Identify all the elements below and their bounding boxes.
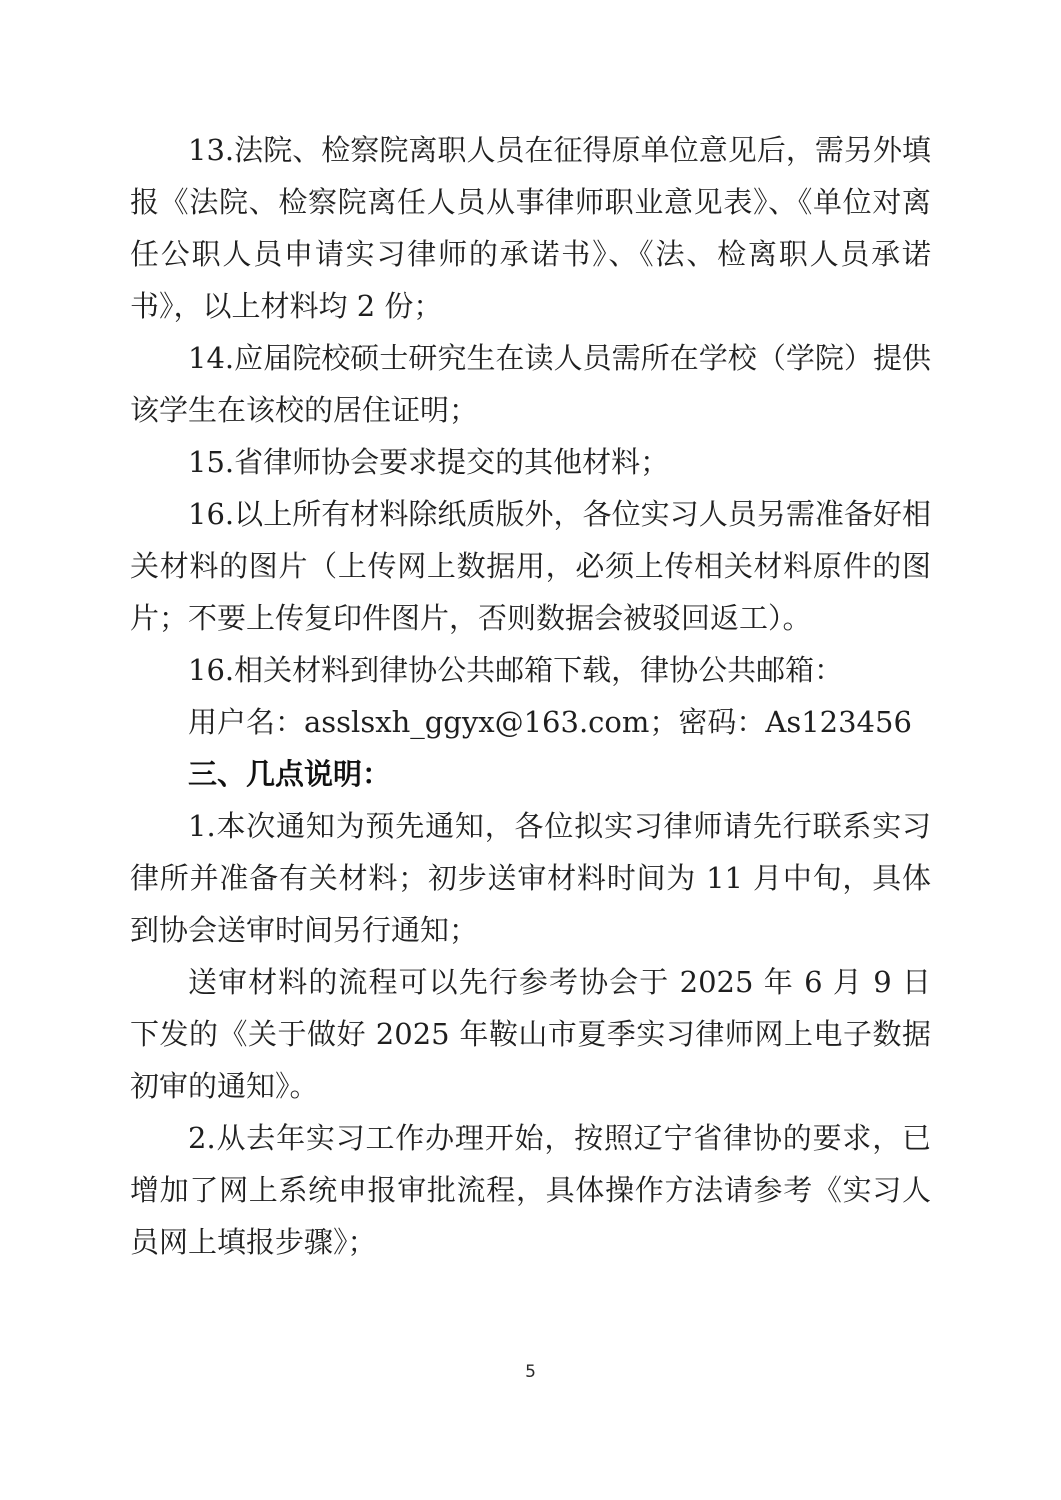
paragraph-item-16-images: 16.以上所有材料除纸质版外，各位实习人员另需准备好相关材料的图片（上传网上数据… xyxy=(130,488,931,644)
paragraph-note-2: 2.从去年实习工作办理开始，按照辽宁省律协的要求，已增加了网上系统申报审批流程，… xyxy=(130,1112,931,1268)
paragraph-mailbox-credentials: 用户名：asslsxh_ggyx@163.com；密码：As123456 xyxy=(130,696,931,748)
paragraph-item-13: 13.法院、检察院离职人员在征得原单位意见后，需另外填报《法院、检察院离任人员从… xyxy=(130,124,931,332)
section-heading-notes: 三、几点说明： xyxy=(130,748,931,800)
paragraph-item-15: 15.省律师协会要求提交的其他材料； xyxy=(130,436,931,488)
paragraph-item-16-mailbox: 16.相关材料到律协公共邮箱下载，律协公共邮箱： xyxy=(130,644,931,696)
page-number: 5 xyxy=(525,1362,536,1382)
paragraph-item-14: 14.应届院校硕士研究生在读人员需所在学校（学院）提供该学生在该校的居住证明； xyxy=(130,332,931,436)
paragraph-note-review-flow: 送审材料的流程可以先行参考协会于 2025 年 6 月 9 日下发的《关于做好 … xyxy=(130,956,931,1112)
document-body: 13.法院、检察院离职人员在征得原单位意见后，需另外填报《法院、检察院离任人员从… xyxy=(130,124,931,1268)
document-page: 13.法院、检察院离职人员在征得原单位意见后，需另外填报《法院、检察院离任人员从… xyxy=(0,0,1061,1500)
paragraph-note-1: 1.本次通知为预先通知，各位拟实习律师请先行联系实习律所并准备有关材料；初步送审… xyxy=(130,800,931,956)
page-footer: 5 xyxy=(0,1362,1061,1382)
